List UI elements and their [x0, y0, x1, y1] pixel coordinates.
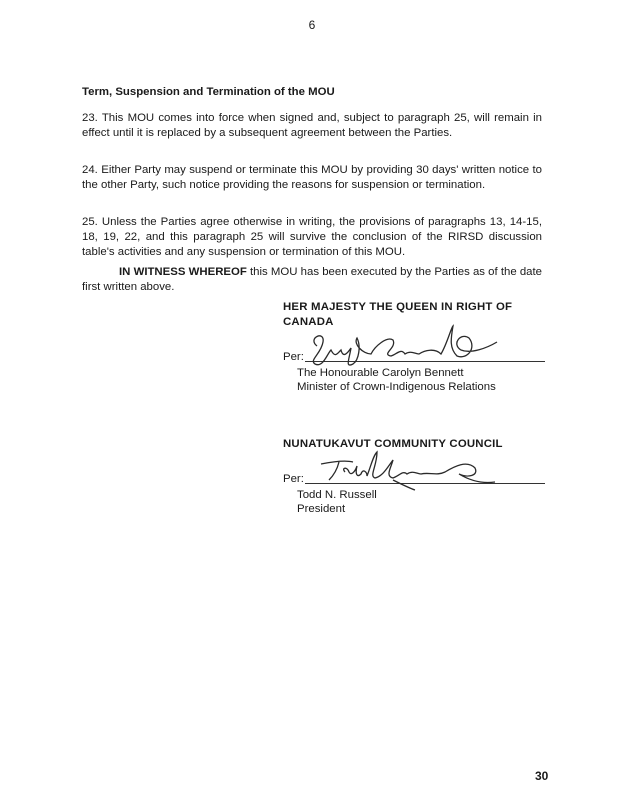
paragraph-25: 25. Unless the Parties agree otherwise i… — [82, 215, 542, 260]
handwritten-signature-icon — [301, 446, 511, 494]
section-heading: Term, Suspension and Termination of the … — [82, 86, 335, 98]
witness-clause: IN WITNESS WHEREOF this MOU has been exe… — [82, 265, 542, 295]
footer-page-number: 30 — [535, 769, 548, 783]
internal-page-number: 6 — [0, 18, 624, 32]
signature-block-canada: HER MAJESTY THE QUEEN IN RIGHT OF CANADA… — [283, 300, 545, 394]
paragraph-23: 23. This MOU comes into force when signe… — [82, 111, 542, 141]
signer-title: Minister of Crown-Indigenous Relations — [283, 380, 545, 394]
handwritten-signature-icon — [301, 324, 501, 372]
signature-line: Per: — [283, 452, 545, 488]
witness-lead: IN WITNESS WHEREOF — [119, 266, 247, 278]
signature-block-nunatukavut: NUNATUKAVUT COMMUNITY COUNCIL Per: Todd … — [283, 437, 545, 516]
signer-title: President — [283, 502, 545, 516]
signature-line: Per: — [283, 330, 545, 366]
paragraph-24: 24. Either Party may suspend or terminat… — [82, 163, 542, 193]
